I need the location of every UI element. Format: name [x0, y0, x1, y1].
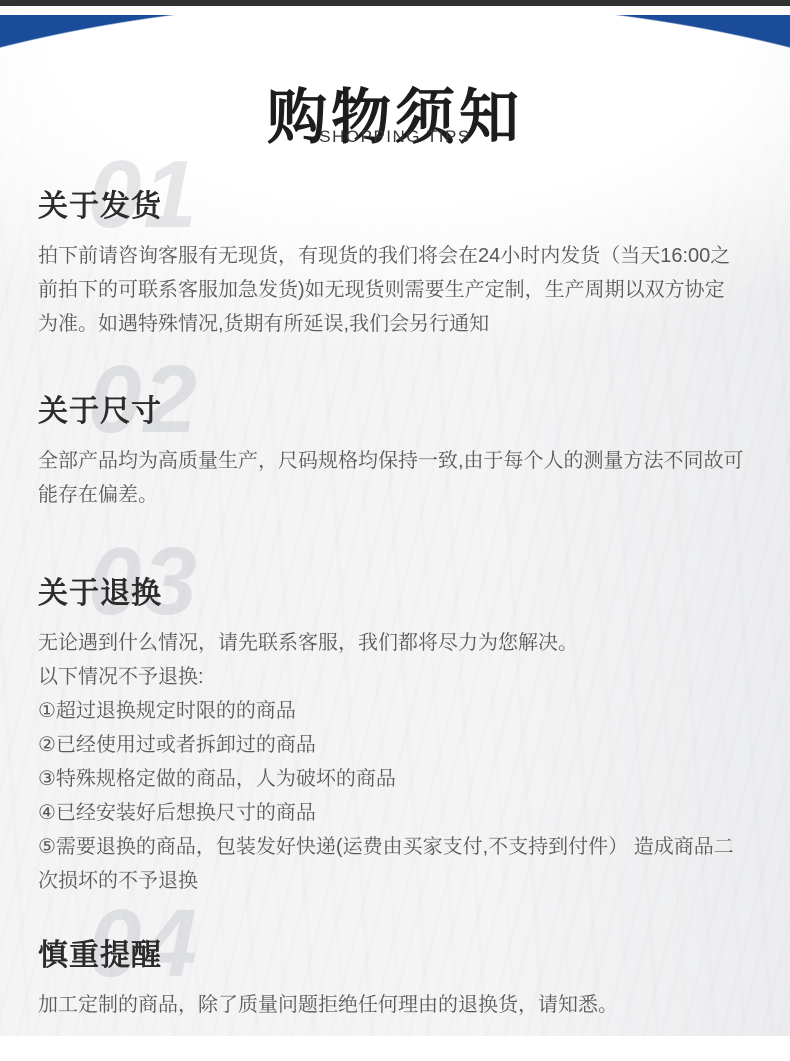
returns-rule-4: ④已经安装好后想换尺寸的商品 [38, 796, 744, 830]
returns-rule-5: ⑤需要退换的商品，包装发好快递(运费由买家支付,不支持到付件） 造成商品二次损坏… [38, 830, 744, 898]
returns-rule-3: ③特殊规格定做的商品，人为破坏的商品 [38, 762, 744, 796]
page-root: 购物须知 SHOPPING TIPS 01 关于发货 拍下前请咨询客服有无现货，… [0, 0, 790, 1061]
section-returns: 03 关于退换 无论遇到什么情况，请先联系客服，我们都将尽力为您解决。 以下情况… [38, 576, 750, 898]
section-shipping: 01 关于发货 拍下前请咨询客服有无现货，有现货的我们将会在24小时内发货（当天… [38, 189, 750, 341]
section-heading-size: 关于尺寸 [38, 394, 750, 430]
section-size: 02 关于尺寸 全部产品均为高质量生产，尺码规格均保持一致,由于每个人的测量方法… [38, 394, 750, 512]
returns-rule-1: ①超过退换规定时限的的商品 [38, 694, 744, 728]
page-subtitle: SHOPPING TIPS [0, 126, 790, 148]
section-heading-shipping: 关于发货 [38, 189, 750, 225]
section-reminder: 04 慎重提醒 加工定制的商品，除了质量问题拒绝任何理由的退换货，请知悉。 [38, 938, 750, 1022]
section-heading-reminder: 慎重提醒 [38, 938, 750, 974]
blue-arc-band [0, 15, 790, 61]
returns-rule-2: ②已经使用过或者拆卸过的商品 [38, 728, 744, 762]
section-paragraph: 加工定制的商品，除了质量问题拒绝任何理由的退换货，请知悉。 [38, 988, 744, 1022]
top-dark-bar [0, 0, 790, 6]
section-heading-returns: 关于退换 [38, 576, 750, 612]
returns-intro-line: 无论遇到什么情况，请先联系客服，我们都将尽力为您解决。 [38, 626, 744, 660]
section-paragraph: 拍下前请咨询客服有无现货，有现货的我们将会在24小时内发货（当天16:00之前拍… [38, 239, 744, 341]
bottom-white-strip [0, 1036, 790, 1061]
section-paragraph: 全部产品均为高质量生产，尺码规格均保持一致,由于每个人的测量方法不同故可能存在偏… [38, 444, 744, 512]
returns-condition-header: 以下情况不予退换: [38, 660, 744, 694]
